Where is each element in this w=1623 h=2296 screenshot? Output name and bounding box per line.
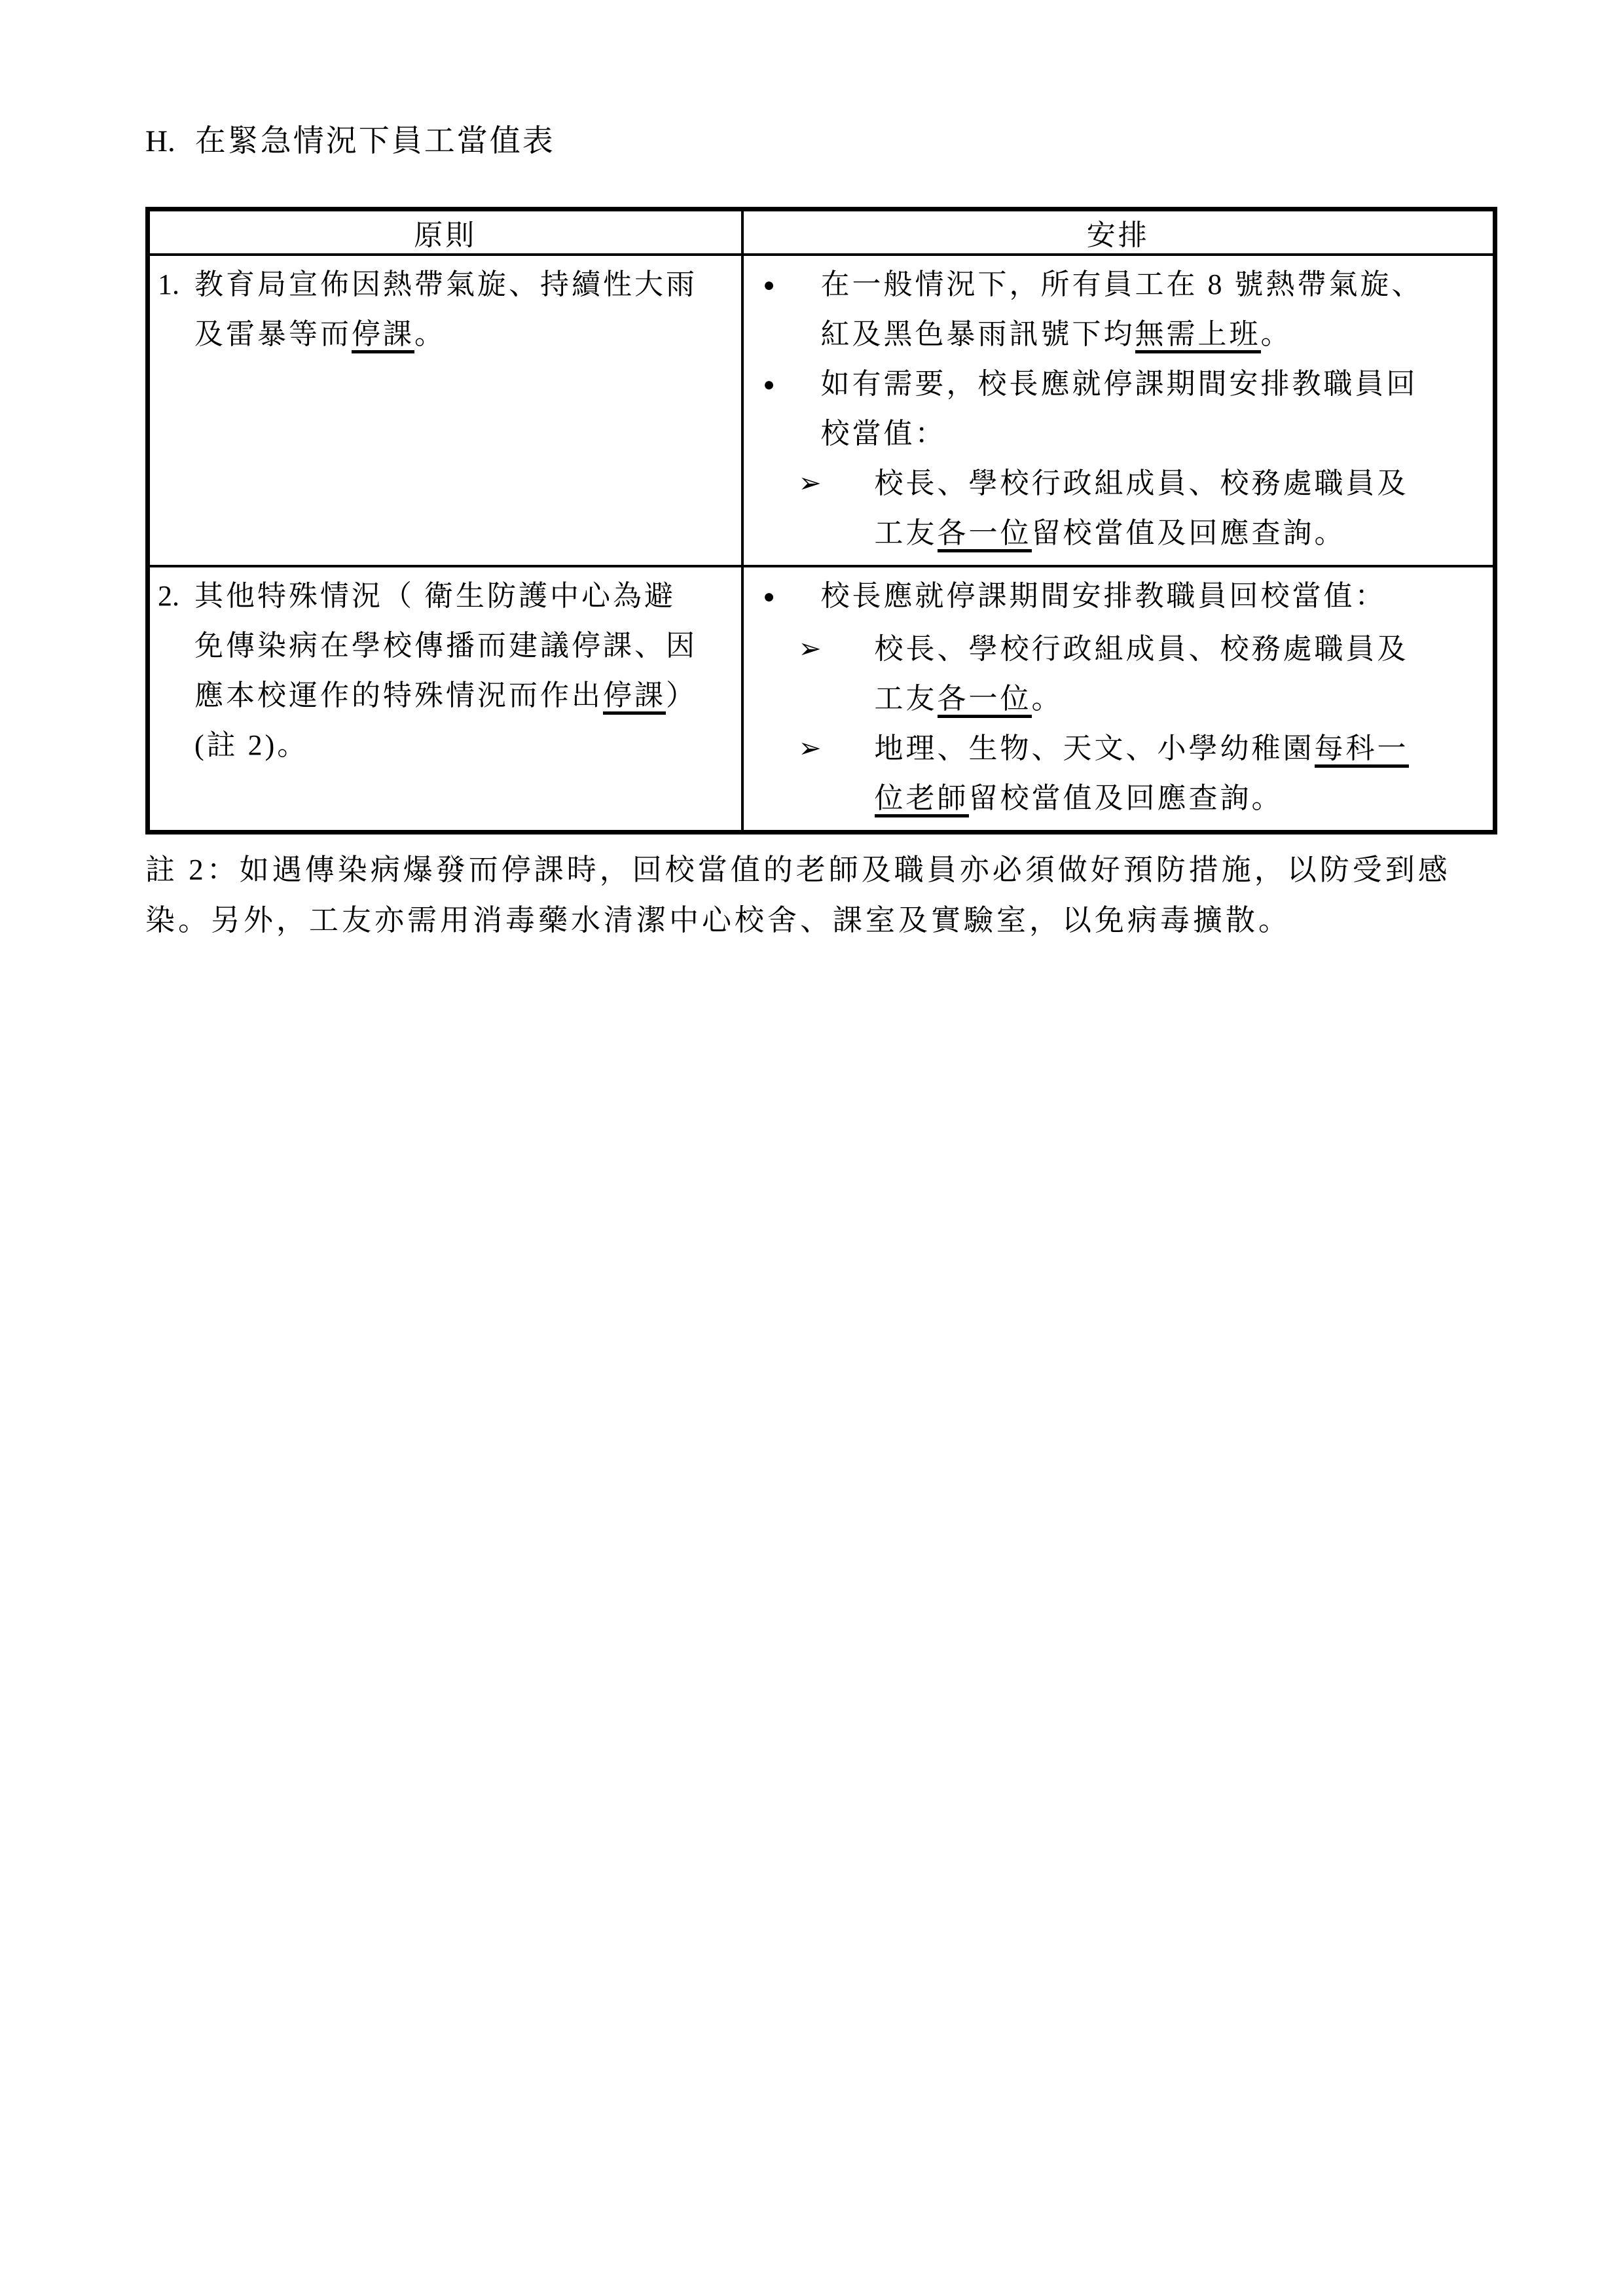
principle-text: 其他特殊情況（ 衛生防護中心為避 免傳染病在學校傳播而建議停課、因 應本校運作的… <box>194 571 736 770</box>
text-segment: 如有需要，校長應就停課期間安排教職員回 <box>821 368 1418 400</box>
principle-cell-2: 2. 其他特殊情況（ 衛生防護中心為避 免傳染病在學校傳播而建議停課、因 應本校… <box>148 566 742 833</box>
principle-cell-1: 1. 教育局宣佈因熱帶氣旋、持續性大雨 及雷暴等而停課。 <box>148 255 742 566</box>
text-segment: 免傳染病在學校傳播而建議停課、因 <box>194 630 697 662</box>
text-segment: 紅及黑色暴雨訊號下均 <box>821 318 1135 350</box>
bullet-item: ● 在一般情況下，所有員工在 8 號熱帶氣旋、 紅及黑色暴雨訊號下均無需上班。 <box>752 260 1488 359</box>
text-line: 校長應就停課期間安排教職員回校當值： <box>821 571 1488 621</box>
principle-text: 教育局宣佈因熱帶氣旋、持續性大雨 及雷暴等而停課。 <box>194 260 736 359</box>
text-line: 免傳染病在學校傳播而建議停課、因 <box>194 621 736 671</box>
text-segment: 。 <box>414 318 446 350</box>
text-segment: 。 <box>1032 683 1063 715</box>
underlined-segment: 無需上班 <box>1135 318 1261 353</box>
underlined-segment: 停課 <box>352 318 414 353</box>
header-arrangement: 安排 <box>742 209 1495 255</box>
text-line: 位老師留校當值及回應查詢。 <box>875 774 1488 823</box>
underlined-segment: 每科一 <box>1315 732 1409 768</box>
text-line: 校長、學校行政組成員、校務處職員及 <box>875 459 1488 509</box>
bullet-item: ● 如有需要，校長應就停課期間安排教職員回 校當值： <box>752 359 1488 459</box>
arrangement-cell-1: ● 在一般情況下，所有員工在 8 號熱帶氣旋、 紅及黑色暴雨訊號下均無需上班。 … <box>742 255 1495 566</box>
text-line: 在一般情況下，所有員工在 8 號熱帶氣旋、 <box>821 260 1488 310</box>
bullet-text: 如有需要，校長應就停課期間安排教職員回 校當值： <box>821 359 1488 459</box>
text-segment: 工友 <box>875 517 938 549</box>
text-segment: 在一般情況下，所有員工在 8 號熱帶氣旋、 <box>821 268 1423 300</box>
document-page: H.在緊急情況下員工當值表 原則 安排 1. 教育局宣佈因熱帶氣旋、持續性大雨 … <box>145 122 1493 946</box>
table-row: 1. 教育局宣佈因熱帶氣旋、持續性大雨 及雷暴等而停課。 ● 在一般情況下，所有… <box>148 255 1495 566</box>
text-segment: 。 <box>1261 318 1292 350</box>
text-segment: 及雷暴等而 <box>194 318 352 350</box>
arrow-icon: ➢ <box>799 624 875 724</box>
bullet-icon: ● <box>752 359 821 459</box>
text-segment: 留校當值及回應查詢。 <box>1032 517 1346 549</box>
item-number: 1. <box>158 260 194 359</box>
footnote-line: 註 2：如遇傳染病爆發而停課時，回校當值的老師及職員亦必須做好預防措施，以防受到… <box>145 845 1506 895</box>
sub-bullet-text: 校長、學校行政組成員、校務處職員及 工友各一位留校當值及回應查詢。 <box>875 459 1488 558</box>
principle-item-2: 2. 其他特殊情況（ 衛生防護中心為避 免傳染病在學校傳播而建議停課、因 應本校… <box>158 571 736 770</box>
table-header-row: 原則 安排 <box>148 209 1495 255</box>
sub-bullet-text: 地理、生物、天文、小學幼稚園每科一 位老師留校當值及回應查詢。 <box>875 724 1488 823</box>
text-segment: 校當值： <box>821 418 947 450</box>
underlined-segment: 位老師 <box>875 782 969 817</box>
underlined-segment: 各一位 <box>938 517 1032 552</box>
page-title: H.在緊急情況下員工當值表 <box>145 122 1493 161</box>
bullet-glyph: ● <box>763 586 775 607</box>
bullet-glyph: ● <box>763 274 775 296</box>
sub-bullet-item: ➢ 校長、學校行政組成員、校務處職員及 工友各一位。 <box>752 624 1488 724</box>
footnote: 註 2：如遇傳染病爆發而停課時，回校當值的老師及職員亦必須做好預防措施，以防受到… <box>145 845 1506 946</box>
text-segment: 教育局宣佈因熱帶氣旋、持續性大雨 <box>194 268 697 300</box>
text-segment: 留校當值及回應查詢。 <box>969 782 1283 814</box>
text-line: 地理、生物、天文、小學幼稚園每科一 <box>875 724 1488 774</box>
underlined-segment: 各一位 <box>938 683 1032 718</box>
footnote-line: 染。另外，工友亦需用消毒藥水清潔中心校舍、課室及實驗室，以免病毒擴散。 <box>145 895 1506 946</box>
text-segment: ） <box>666 679 697 711</box>
bullet-icon: ● <box>752 571 821 624</box>
sub-bullet-item: ➢ 校長、學校行政組成員、校務處職員及 工友各一位留校當值及回應查詢。 <box>752 459 1488 558</box>
text-line: 校長、學校行政組成員、校務處職員及 <box>875 624 1488 674</box>
title-text: 在緊急情況下員工當值表 <box>195 124 555 158</box>
bullet-icon: ● <box>752 260 821 359</box>
arrow-icon: ➢ <box>799 724 875 823</box>
text-segment: 地理、生物、天文、小學幼稚園 <box>875 732 1315 764</box>
text-segment: 校長、學校行政組成員、校務處職員及 <box>875 467 1409 499</box>
arrow-icon: ➢ <box>799 459 875 558</box>
bullet-text: 校長應就停課期間安排教職員回校當值： <box>821 571 1488 624</box>
text-line: 其他特殊情況（ 衛生防護中心為避 <box>194 571 736 621</box>
text-line: 如有需要，校長應就停課期間安排教職員回 <box>821 359 1488 409</box>
text-segment: (註 2)。 <box>194 729 308 761</box>
arrow-glyph: ➢ <box>799 634 822 664</box>
text-segment: 其他特殊情況（ 衛生防護中心為避 <box>194 580 676 612</box>
arrow-glyph: ➢ <box>799 734 822 764</box>
title-prefix: H. <box>145 124 175 158</box>
bullet-text: 在一般情況下，所有員工在 8 號熱帶氣旋、 紅及黑色暴雨訊號下均無需上班。 <box>821 260 1488 359</box>
duty-roster-table: 原則 安排 1. 教育局宣佈因熱帶氣旋、持續性大雨 及雷暴等而停課。 ● 在一般… <box>145 207 1497 834</box>
text-line: 工友各一位。 <box>875 674 1488 724</box>
text-segment: 工友 <box>875 683 938 715</box>
bullet-item: ● 校長應就停課期間安排教職員回校當值： <box>752 571 1488 624</box>
text-line: 教育局宣佈因熱帶氣旋、持續性大雨 <box>194 260 736 310</box>
text-line: 應本校運作的特殊情況而作出停課） <box>194 671 736 721</box>
arrangement-cell-2: ● 校長應就停課期間安排教職員回校當值： ➢ 校長、學校行政組成員、校務處職員及… <box>742 566 1495 833</box>
underlined-segment: 停課 <box>603 679 666 715</box>
text-line: 校當值： <box>821 409 1488 459</box>
text-segment: 校長應就停課期間安排教職員回校當值： <box>821 580 1387 612</box>
text-line: 紅及黑色暴雨訊號下均無需上班。 <box>821 310 1488 359</box>
arrow-glyph: ➢ <box>799 469 822 499</box>
bullet-glyph: ● <box>763 374 775 395</box>
text-segment: 應本校運作的特殊情況而作出 <box>194 679 603 711</box>
sub-bullet-item: ➢ 地理、生物、天文、小學幼稚園每科一 位老師留校當值及回應查詢。 <box>752 724 1488 823</box>
text-segment: 校長、學校行政組成員、校務處職員及 <box>875 633 1409 665</box>
item-number: 2. <box>158 571 194 770</box>
header-principle: 原則 <box>148 209 742 255</box>
sub-bullet-text: 校長、學校行政組成員、校務處職員及 工友各一位。 <box>875 624 1488 724</box>
text-line: (註 2)。 <box>194 721 736 770</box>
table-row: 2. 其他特殊情況（ 衛生防護中心為避 免傳染病在學校傳播而建議停課、因 應本校… <box>148 566 1495 833</box>
principle-item-1: 1. 教育局宣佈因熱帶氣旋、持續性大雨 及雷暴等而停課。 <box>158 260 736 359</box>
text-line: 工友各一位留校當值及回應查詢。 <box>875 509 1488 558</box>
text-line: 及雷暴等而停課。 <box>194 310 736 359</box>
